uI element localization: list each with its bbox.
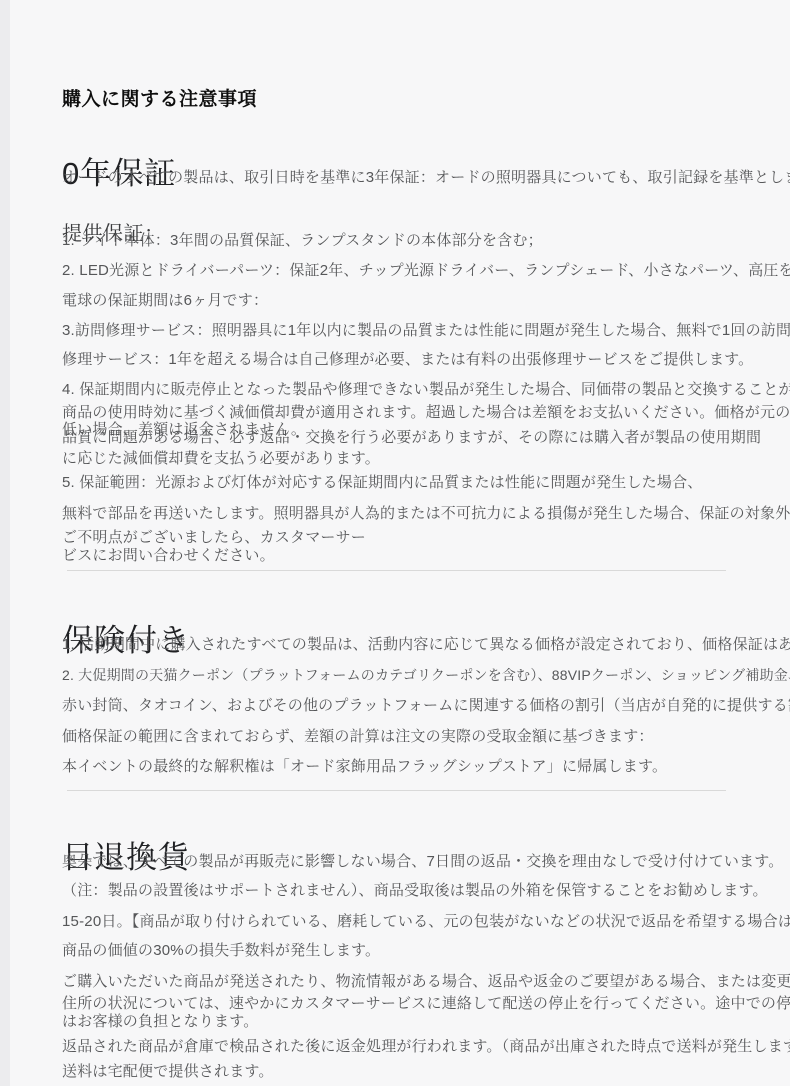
text-line: 修理サービス：1年を超える場合は自己修理が必要、または有料の出張修理サービスをご…: [62, 349, 753, 370]
left-edge-strip: [0, 0, 10, 1086]
text-line: 電球の保証期間は6ヶ月です：: [62, 290, 268, 311]
section-divider: [67, 570, 726, 571]
text-line: （注：製品の設置後はサポートされません）、商品受取後は製品の外箱を保管することを…: [62, 880, 768, 901]
text-line: 商品の価値の30%の損失手数料が発生します。: [62, 940, 380, 961]
text-line: はお客様の負担となります。: [62, 1011, 258, 1032]
text-line: 赤い封筒、タオコイン、およびその他のプラットフォームに関連する価格の割引（当店が…: [62, 695, 790, 716]
text-line: 3.訪問修理サービス：照明器具に1年以内に製品の品質または性能に問題が発生した場…: [62, 320, 790, 341]
page-title: 購入に関する注意事項: [62, 84, 257, 111]
text-line: 送料は宅配便で提供されます。: [62, 1061, 274, 1082]
text-line: 価格保証の範囲に含まれておらず、差額の計算は注文の実際の受取金額に基づきます：: [62, 726, 654, 747]
section-divider: [67, 790, 726, 791]
text-line: オードのすべての製品は、取引日時を基準に3年保証：オードの照明器具についても、取…: [62, 167, 790, 188]
text-line: 2. LED光源とドライバーパーツ：保証2年、チップ光源ドライバー、ランプシェー…: [62, 260, 790, 281]
text-line: 4. 保証期間内に販売停止となった製品や修理できない製品が発生した場合、同価帯の…: [62, 379, 790, 400]
text-line: 1. ライト本体：3年間の品質保証、ランプスタンドの本体部分を含む；: [62, 230, 543, 251]
text-line: 15-20日。【商品が取り付けられている、磨耗している、元の包装がないなどの状況…: [62, 911, 790, 932]
text-line-overlap-front: 品質に問題がある場合、必ず返品・交換を行う必要がありますが、その際には購入者が製…: [62, 427, 761, 448]
text-line: ビスにお問い合わせください。: [62, 545, 275, 566]
text-line: ご購入いただいた商品が発送されたり、物流情報がある場合、返品や返金のご要望がある…: [62, 971, 790, 992]
text-line: 1. 活動期間中に購入されたすべての製品は、活動内容に応じて異なる価格が設定され…: [62, 634, 790, 655]
text-line: 無料で部品を再送いたします。照明器具が人為的または不可抗力による損傷が発生した場…: [62, 503, 790, 524]
text-line: 本イベントの最終的な解釈権は「オード家飾用品フラッグシップストア」に帰属します。: [62, 756, 667, 777]
text-line: 2. 大促期間の天猫クーポン（プラットフォームのカテゴリクーポンを含む）、88V…: [62, 665, 790, 686]
text-line: に応じた減価償却費を支払う必要があります。: [62, 448, 380, 469]
text-line: 5. 保証範囲：光源および灯体が対応する保証期間内に品質または性能に問題が発生し…: [62, 472, 702, 493]
text-line: 奥朵では、すべての製品が再販売に影響しない場合、7日間の返品・交換を理由なしで受…: [62, 851, 783, 872]
text-line: 返品された商品が倉庫で検品された後に返金処理が行われます。（商品が出庫された時点…: [62, 1036, 790, 1057]
